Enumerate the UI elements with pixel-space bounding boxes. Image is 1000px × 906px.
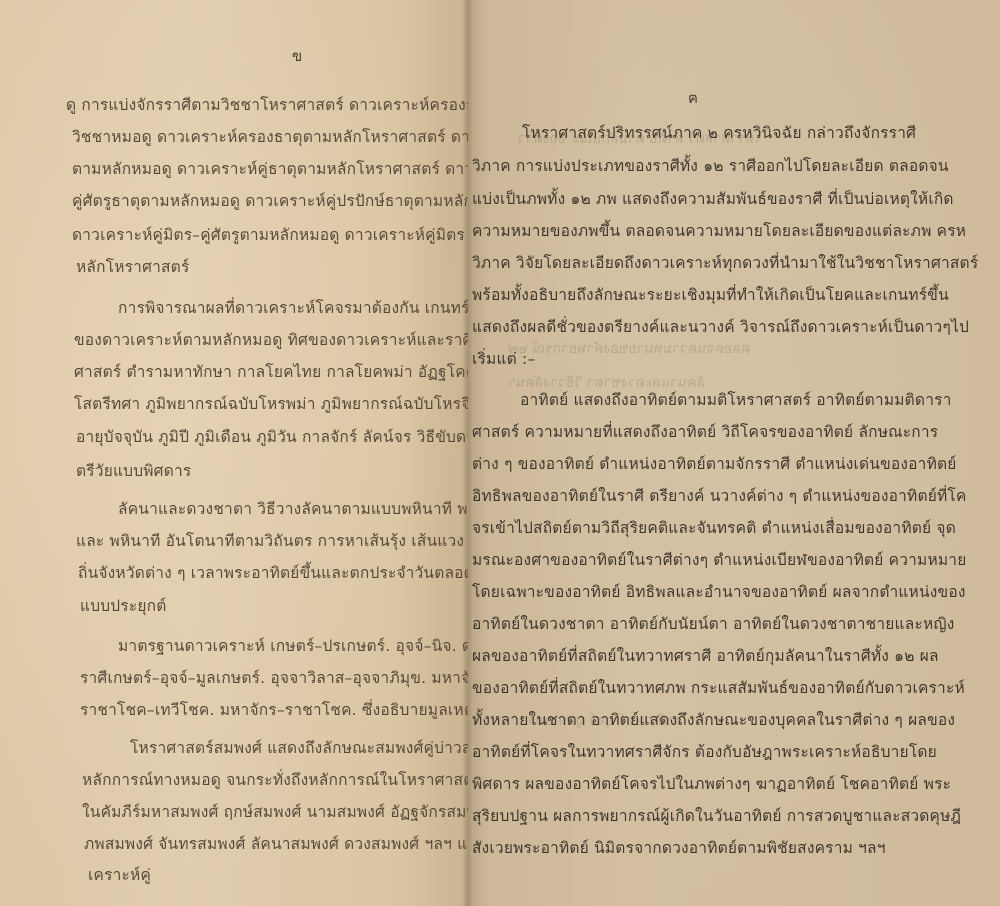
left-page: ข ดู การแบ่งจักรราศีตามวิชชาโหราศาสตร์ ด… [0, 0, 468, 906]
text-line: สังเวยพระอาทิตย์ นิมิตรจากดวงอาทิตย์ตามพ… [472, 835, 886, 860]
right-page: โหราศาสตร์ ลำดับ ตามลักษณะ ของดาว ตลอดจน… [468, 0, 1000, 906]
text-line: ถิ่นจังหวัดต่าง ๆ เวลาพระอาทิตย์ขึ้นและต… [78, 560, 468, 585]
text-line: โสตรีทศา ภูมิพยากรณ์ฉบับโหรพม่า ภูมิพยาก… [74, 391, 468, 416]
text-line: และ พหินาที อันโตนาทีตามวิถันตร การหาเส้… [76, 528, 468, 553]
text-line: ศาสตร์ ความหมายที่แสดงถึงอาทิตย์ วิถีโคจ… [472, 419, 938, 444]
book-spread: ข ดู การแบ่งจักรราศีตามวิชชาโหราศาสตร์ ด… [0, 0, 1000, 906]
text-line: ราศีเกษตร์–อุจจ์–มูลเกษตร์. อุจจาวิลาส–อ… [80, 665, 468, 690]
text-line: คู่ศัตรูธาตุตามหลักหมอดู ดาวเคราะห์คู่ปร… [72, 188, 468, 213]
text-line: อาทิตย์ในดวงชาตา อาทิตย์กับนัยน์ตา อาทิต… [472, 611, 955, 636]
text-line: อาทิตย์ที่โคจรในทวาทศราศีจักร ต้องกับอัษ… [472, 739, 937, 764]
text-line: วิชชาหมอดู ดาวเคราะห์ครองธาตุตามหลักโหรา… [72, 124, 468, 149]
text-line: การพิจารณาผลที่ดาวเคราะห์โคจรมาต้องกัน เ… [118, 295, 468, 320]
text-line: อาทิตย์ แสดงถึงอาทิตย์ตามมติโหราศาสตร์ อ… [520, 387, 952, 412]
page-number: ฅ [688, 86, 698, 110]
text-line: อายุบัจจุบัน ภูมิปี ภูมิเดือน ภูมิวัน กา… [76, 424, 468, 449]
text-line: ดู การแบ่งจักรราศีตามวิชชาโหราศาสตร์ ดาว… [66, 92, 468, 117]
text-line: หลักการณ์ทางหมอดู จนกระทั่งถึงหลักการณ์ใ… [82, 767, 468, 792]
text-line: ดาวเคราะห์คู่มิตร–คู่ศัตรูตามหลักหมอดู ด… [72, 222, 468, 247]
text-line: ต่าง ๆ ของอาทิตย์ ตำแหน่งอาทิตย์ตามจักรร… [472, 451, 957, 476]
text-line: พร้อมทั้งอธิบายถึงลักษณะระยะเชิงมุมที่ทำ… [472, 282, 949, 307]
text-line: เริ่มแต่ :– [472, 346, 535, 371]
text-line: พิศดาร ผลของอาทิตย์โคจรไปในภพต่างๆ ฆาฏอา… [472, 771, 951, 796]
text-line: สุริยบปฐาน ผลการพยากรณ์ผู้เกิดในวันอาทิต… [472, 803, 961, 828]
text-line: โดยเฉพาะของอาทิตย์ อิทธิพลและอำนาจของอาท… [472, 579, 966, 604]
text-line: แสดงถึงผลดีชั่วของตรียางค์และนวางค์ วิจา… [472, 314, 969, 339]
text-line: ทั้งหลายในชาตา อาทิตย์แสดงถึงลักษณะของบุ… [472, 707, 955, 732]
text-line: ในคัมภีร์มหาสมพงศ์ ฤกษ์สมพงศ์ นามสมพงศ์ … [82, 799, 468, 824]
text-line: ตามหลักหมอดู ดาวเคราะห์คู่ธาตุตามหลักโหร… [72, 156, 468, 181]
book-gutter [462, 0, 472, 906]
text-line: ตรีวัยแบบพิศดาร [76, 458, 191, 483]
text-line: ลัคนาและดวงชาตา วิธีวางลัคนาตามแบบพหินาท… [118, 496, 468, 521]
text-line: แบบประยุกต์ [80, 593, 167, 618]
text-line: ภพสมพงศ์ จันทรสมพงศ์ ลัคนาสมพงศ์ ดวงสมพง… [84, 831, 468, 856]
text-line: จรเข้าไปสถิตย์ตามวิถีสุริยคติและจันทรคติ… [472, 515, 956, 540]
text-line: ราชาโชค–เทวีโชค. มหาจักร–ราชาโชค. ซึ่งอธ… [80, 697, 468, 722]
text-line: ความหมายของภพขึ้น ตลอดจนความหมายโดยละเอี… [472, 218, 966, 243]
text-line: เคราะห์คู่ [88, 862, 151, 887]
text-line: วิภาค การแบ่งประเภทของราศีทั้ง ๑๒ ราศีออ… [472, 153, 949, 178]
text-line: ของดาวเคราะห์ตามหลักหมอดู ทิศของดาวเคราะ… [74, 327, 468, 352]
text-line: มาตรฐานดาวเคราะห์ เกษตร์–ปรเกษตร์. อุจจ์… [118, 633, 468, 658]
text-line: วิภาค วิจัยโดยละเอียดถึงดาวเคราะห์ทุกดวง… [472, 250, 978, 275]
text-line: ศาสตร์ ตำรามหาทักษา กาลโยคไทย กาลโยคพม่า… [74, 359, 468, 384]
text-line: โหราศาสตร์สมพงศ์ แสดงถึงลักษณะสมพงศ์คู่บ… [130, 735, 468, 760]
text-line: มรณะองศาของอาทิตย์ในราศีต่างๆ ตำแหน่งเบี… [472, 547, 967, 572]
text-line: โหราศาสตร์ปริทรรศน์ภาค ๒ ครหวินิจฉัย กล่… [522, 120, 916, 145]
page-number: ข [292, 44, 302, 68]
show-through-text: ตลอดจนความหมายของคำพยากรณ์ ๒๗ [508, 338, 750, 360]
text-line: แบ่งเป็นภพทั้ง ๑๒ ภพ แสดงถึงความสัมพันธ์… [472, 186, 954, 211]
text-line: อิทธิพลของอาทิตย์ในราศี ตรียางค์ นวางค์ต… [472, 483, 967, 508]
text-line: ผลของอาทิตย์ที่สถิตย์ในทวาทศราศี อาทิตย์… [472, 643, 939, 668]
text-line: ของอาทิตย์ที่สถิตย์ในทวาทศภพ กระแสสัมพัน… [472, 675, 965, 700]
text-line: หลักโหราศาสตร์ [76, 254, 189, 279]
